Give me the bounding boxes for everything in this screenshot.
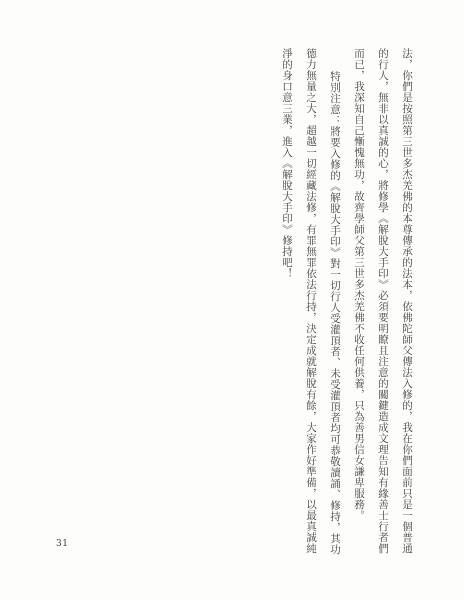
vertical-text-block: 法，你們是按照第三世多杰羌佛的本尊傳承的法本，依佛陀師父傳法入修的，我在你們面前… — [275, 48, 419, 560]
paragraph-1: 法，你們是按照第三世多杰羌佛的本尊傳承的法本，依佛陀師父傳法入修的，我在你們面前… — [347, 48, 419, 560]
scanned-page: 法，你們是按照第三世多杰羌佛的本尊傳承的法本，依佛陀師父傳法入修的，我在你們面前… — [0, 0, 464, 600]
paragraph-2: 特別注意：將要入修的《解脫大手印》對一切行人受灌頂者、未受灌頂者均可恭敬讀誦、修… — [275, 48, 347, 560]
page-number: 31 — [56, 539, 68, 549]
